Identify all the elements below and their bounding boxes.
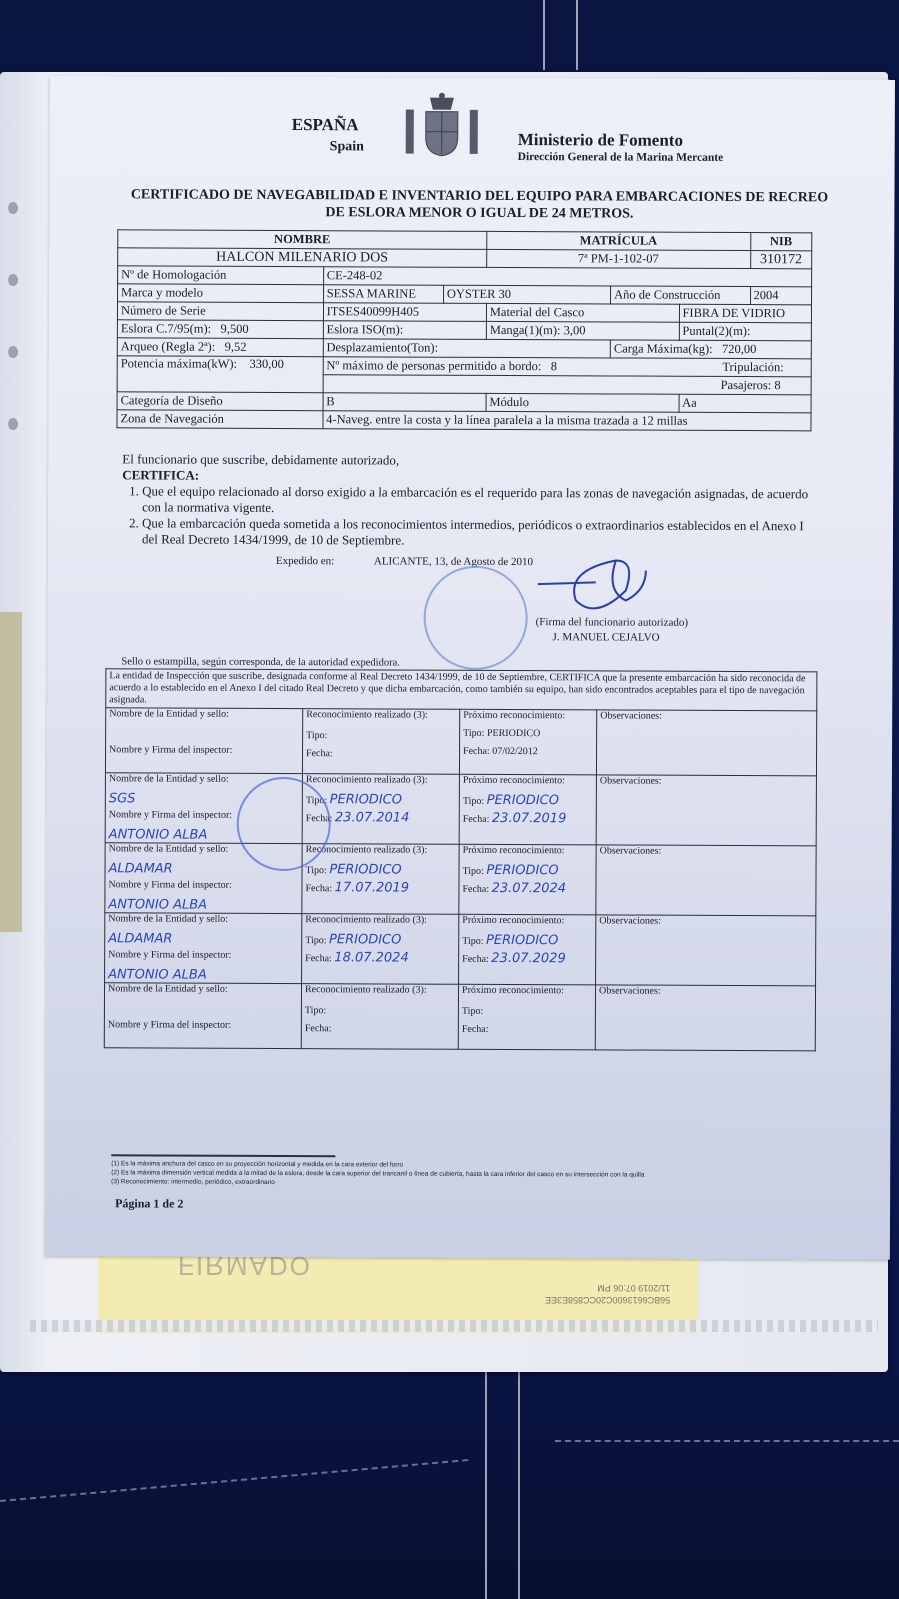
proximo-cell: Próximo reconocimiento:Tipo: PERIODICOFe… — [459, 914, 596, 985]
nib-header: NIB — [750, 233, 812, 251]
footnote-rule — [111, 1154, 335, 1157]
sgs-stamp-icon — [237, 777, 331, 871]
header-country-en: Spain — [330, 139, 364, 155]
material-label: Material del Casco — [486, 303, 679, 322]
entidad-cell: Nombre de la Entidad y sello:ALDAMARNomb… — [105, 913, 302, 984]
anio-label: Año de Construcción — [611, 286, 750, 305]
certificate-page: ESPAÑA Spain Ministerio de Fomento Direc… — [45, 76, 895, 1260]
homologacion-label: Nº de Homologación — [118, 266, 324, 285]
certification-item: Que el equipo relacionado al dorso exigi… — [142, 483, 822, 518]
sleeve-edge-paper — [0, 612, 22, 932]
marca-value: SESSA MARINE — [323, 285, 443, 304]
fabric-stitch — [555, 1440, 899, 1444]
matricula-header: MATRÍCULA — [487, 231, 751, 250]
entidad-cell: Nombre de la Entidad y sello:Nombre y Fi… — [104, 983, 301, 1049]
realizado-cell: Reconocimiento realizado (3):Tipo: Fecha… — [302, 709, 459, 775]
inspection-row: Nombre de la Entidad y sello:Nombre y Fi… — [104, 983, 815, 1051]
manga: Manga(1)(m): 3,00 — [486, 321, 679, 340]
inspection-row: Nombre de la Entidad y sello:SGSNombre y… — [105, 773, 816, 846]
pasajeros: Pasajeros: 8 — [323, 375, 811, 395]
sello-note: Sello o estampilla, según corresponda, d… — [121, 656, 400, 668]
entidad-value: ALDAMAR — [108, 931, 298, 950]
realizado-cell: Reconocimiento realizado (3):Tipo: PERIO… — [302, 914, 459, 985]
modulo-value: Aa — [679, 394, 812, 413]
official-stamp-icon — [423, 566, 527, 670]
realizado-cell: Reconocimiento realizado (3):Tipo: PERIO… — [302, 844, 459, 915]
realizado-cell: Reconocimiento realizado (3):Tipo: Fecha… — [301, 984, 458, 1050]
binder-holes — [8, 202, 20, 490]
signature-label: (Firma del funcionario autorizado) — [536, 616, 688, 629]
vessel-data-table: NOMBRE MATRÍCULA NIB HALCON MILENARIO DO… — [116, 229, 812, 431]
proximo-cell: Próximo reconocimiento:Tipo: PERIODICOFe… — [459, 709, 596, 775]
fecha-value: 17.07.2019 — [335, 880, 410, 895]
certification-intro: El funcionario que suscribe, debidamente… — [122, 451, 822, 470]
header-directorate: Dirección General de la Marina Mercante — [518, 151, 724, 164]
modulo-label: Módulo — [486, 393, 679, 412]
personas: Nº máximo de personas permitido a bordo:… — [323, 357, 811, 377]
potencia: Potencia máxima(kW): 330,00 — [117, 356, 323, 393]
signatory-name: J. MANUEL CEJALVO — [553, 631, 660, 643]
inspection-row: Nombre de la Entidad y sello:ALDAMARNomb… — [105, 843, 816, 916]
prox-fecha-value: 23.07.2029 — [491, 951, 566, 966]
fecha-value: 18.07.2024 — [334, 950, 409, 965]
fecha-value: 23.07.2014 — [335, 810, 410, 825]
marca-label: Marca y modelo — [118, 284, 324, 303]
footnotes: (1) Es la máxima anchura del casco en su… — [111, 1159, 644, 1188]
observaciones-cell: Observaciones: — [595, 985, 815, 1051]
tripulacion: Tripulación: — [722, 360, 783, 375]
inspector-value: ANTONIO ALBA — [108, 897, 207, 912]
inspector-value: ANTONIO ALBA — [109, 827, 208, 842]
header-ministry: Ministerio de Fomento — [518, 130, 683, 151]
header-country: ESPAÑA — [292, 115, 359, 135]
page-number: Página 1 de 2 — [115, 1196, 183, 1211]
tipo-value: PERIODICO — [330, 792, 402, 807]
inspections-table: La entidad de Inspección que suscribe, d… — [104, 668, 818, 1051]
categoria-value: B — [323, 393, 486, 412]
observaciones-cell: Observaciones: — [596, 710, 816, 776]
sleeve-perforation — [30, 1320, 878, 1332]
serie-label: Número de Serie — [117, 302, 323, 321]
puntal: Puntal(2)(m): — [679, 322, 812, 341]
certification-item: Que la embarcación queda sometida a los … — [142, 515, 822, 550]
eslora-c: Eslora C.7/95(m): 9,500 — [117, 320, 323, 339]
observaciones-cell: Observaciones: — [596, 845, 816, 916]
expedido-label: Expedido en: — [276, 555, 334, 567]
prox-tipo-value: PERIODICO — [486, 933, 558, 948]
prox-tipo-value: PERIODICO — [486, 863, 558, 878]
zona-label: Zona de Navegación — [117, 410, 323, 429]
fabric-stitch — [0, 1459, 468, 1504]
observaciones-cell: Observaciones: — [596, 915, 816, 986]
anio-value: 2004 — [750, 287, 812, 305]
prox-fecha-value: 23.07.2019 — [492, 811, 567, 826]
prox-fecha-value: 07/02/2012 — [492, 746, 538, 757]
proximo-cell: Próximo reconocimiento:Tipo: PERIODICOFe… — [459, 844, 596, 915]
proximo-cell: Próximo reconocimiento:Tipo: PERIODICOFe… — [459, 774, 596, 845]
certification-text: El funcionario que suscribe, debidamente… — [122, 451, 822, 550]
desplazamiento: Desplazamiento(Ton): — [323, 339, 610, 358]
eslora-iso: Eslora ISO(m): — [323, 321, 486, 340]
arqueo: Arqueo (Regla 2ª): 9,52 — [117, 338, 323, 357]
coat-of-arms-icon — [402, 92, 482, 158]
inspector-value: ANTONIO ALBA — [108, 967, 207, 982]
certification-list: Que el equipo relacionado al dorso exigi… — [122, 483, 822, 550]
categoria-label: Categoría de Diseño — [117, 392, 323, 411]
nombre-header: NOMBRE — [118, 230, 487, 250]
modelo-value: OYSTER 30 — [443, 285, 610, 304]
inspection-row: Nombre de la Entidad y sello:Nombre y Fi… — [105, 708, 816, 776]
prox-tipo-value: PERIODICO — [487, 728, 540, 739]
observaciones-cell: Observaciones: — [596, 775, 816, 846]
entidad-value — [109, 726, 299, 745]
material-value: FIBRA DE VIDRIO — [679, 304, 812, 323]
serie-value: ITSES40099H405 — [323, 303, 486, 322]
vessel-name: HALCON MILENARIO DOS — [118, 248, 487, 268]
vessel-nib: 310172 — [750, 251, 812, 269]
prox-fecha-value: 23.07.2024 — [492, 881, 567, 896]
carga-maxima: Carga Máxima(kg): 720,00 — [610, 340, 811, 359]
vessel-matricula: 7ª PM-1-102-07 — [486, 249, 750, 268]
expedido-value: ALICANTE, 13, de Agosto de 2010 — [374, 555, 533, 568]
inspections-intro: La entidad de Inspección que suscribe, d… — [106, 669, 817, 711]
fabric-thread — [543, 0, 545, 70]
tipo-value: PERIODICO — [329, 932, 401, 947]
homologacion-value: CE-248-02 — [323, 267, 811, 287]
zona-value: 4-Naveg. entre la costa y la línea paral… — [323, 411, 811, 431]
fabric-thread — [576, 0, 578, 70]
prox-tipo-value: PERIODICO — [487, 793, 559, 808]
inspection-row: Nombre de la Entidad y sello:ALDAMARNomb… — [105, 913, 816, 986]
underlying-hash: 56BC6613600C20CC858E3EE 11/2019 07:06 PM — [545, 1282, 670, 1306]
fabric-thread — [485, 1370, 487, 1599]
proximo-cell: Próximo reconocimiento:Tipo: Fecha: — [458, 984, 595, 1050]
tipo-value: PERIODICO — [329, 862, 401, 877]
fabric-thread — [518, 1370, 520, 1599]
entidad-cell: Nombre de la Entidad y sello:Nombre y Fi… — [105, 708, 302, 774]
entidad-value — [108, 1001, 298, 1020]
certificate-title: CERTIFICADO DE NAVEGABILIDAD E INVENTARI… — [119, 186, 839, 223]
